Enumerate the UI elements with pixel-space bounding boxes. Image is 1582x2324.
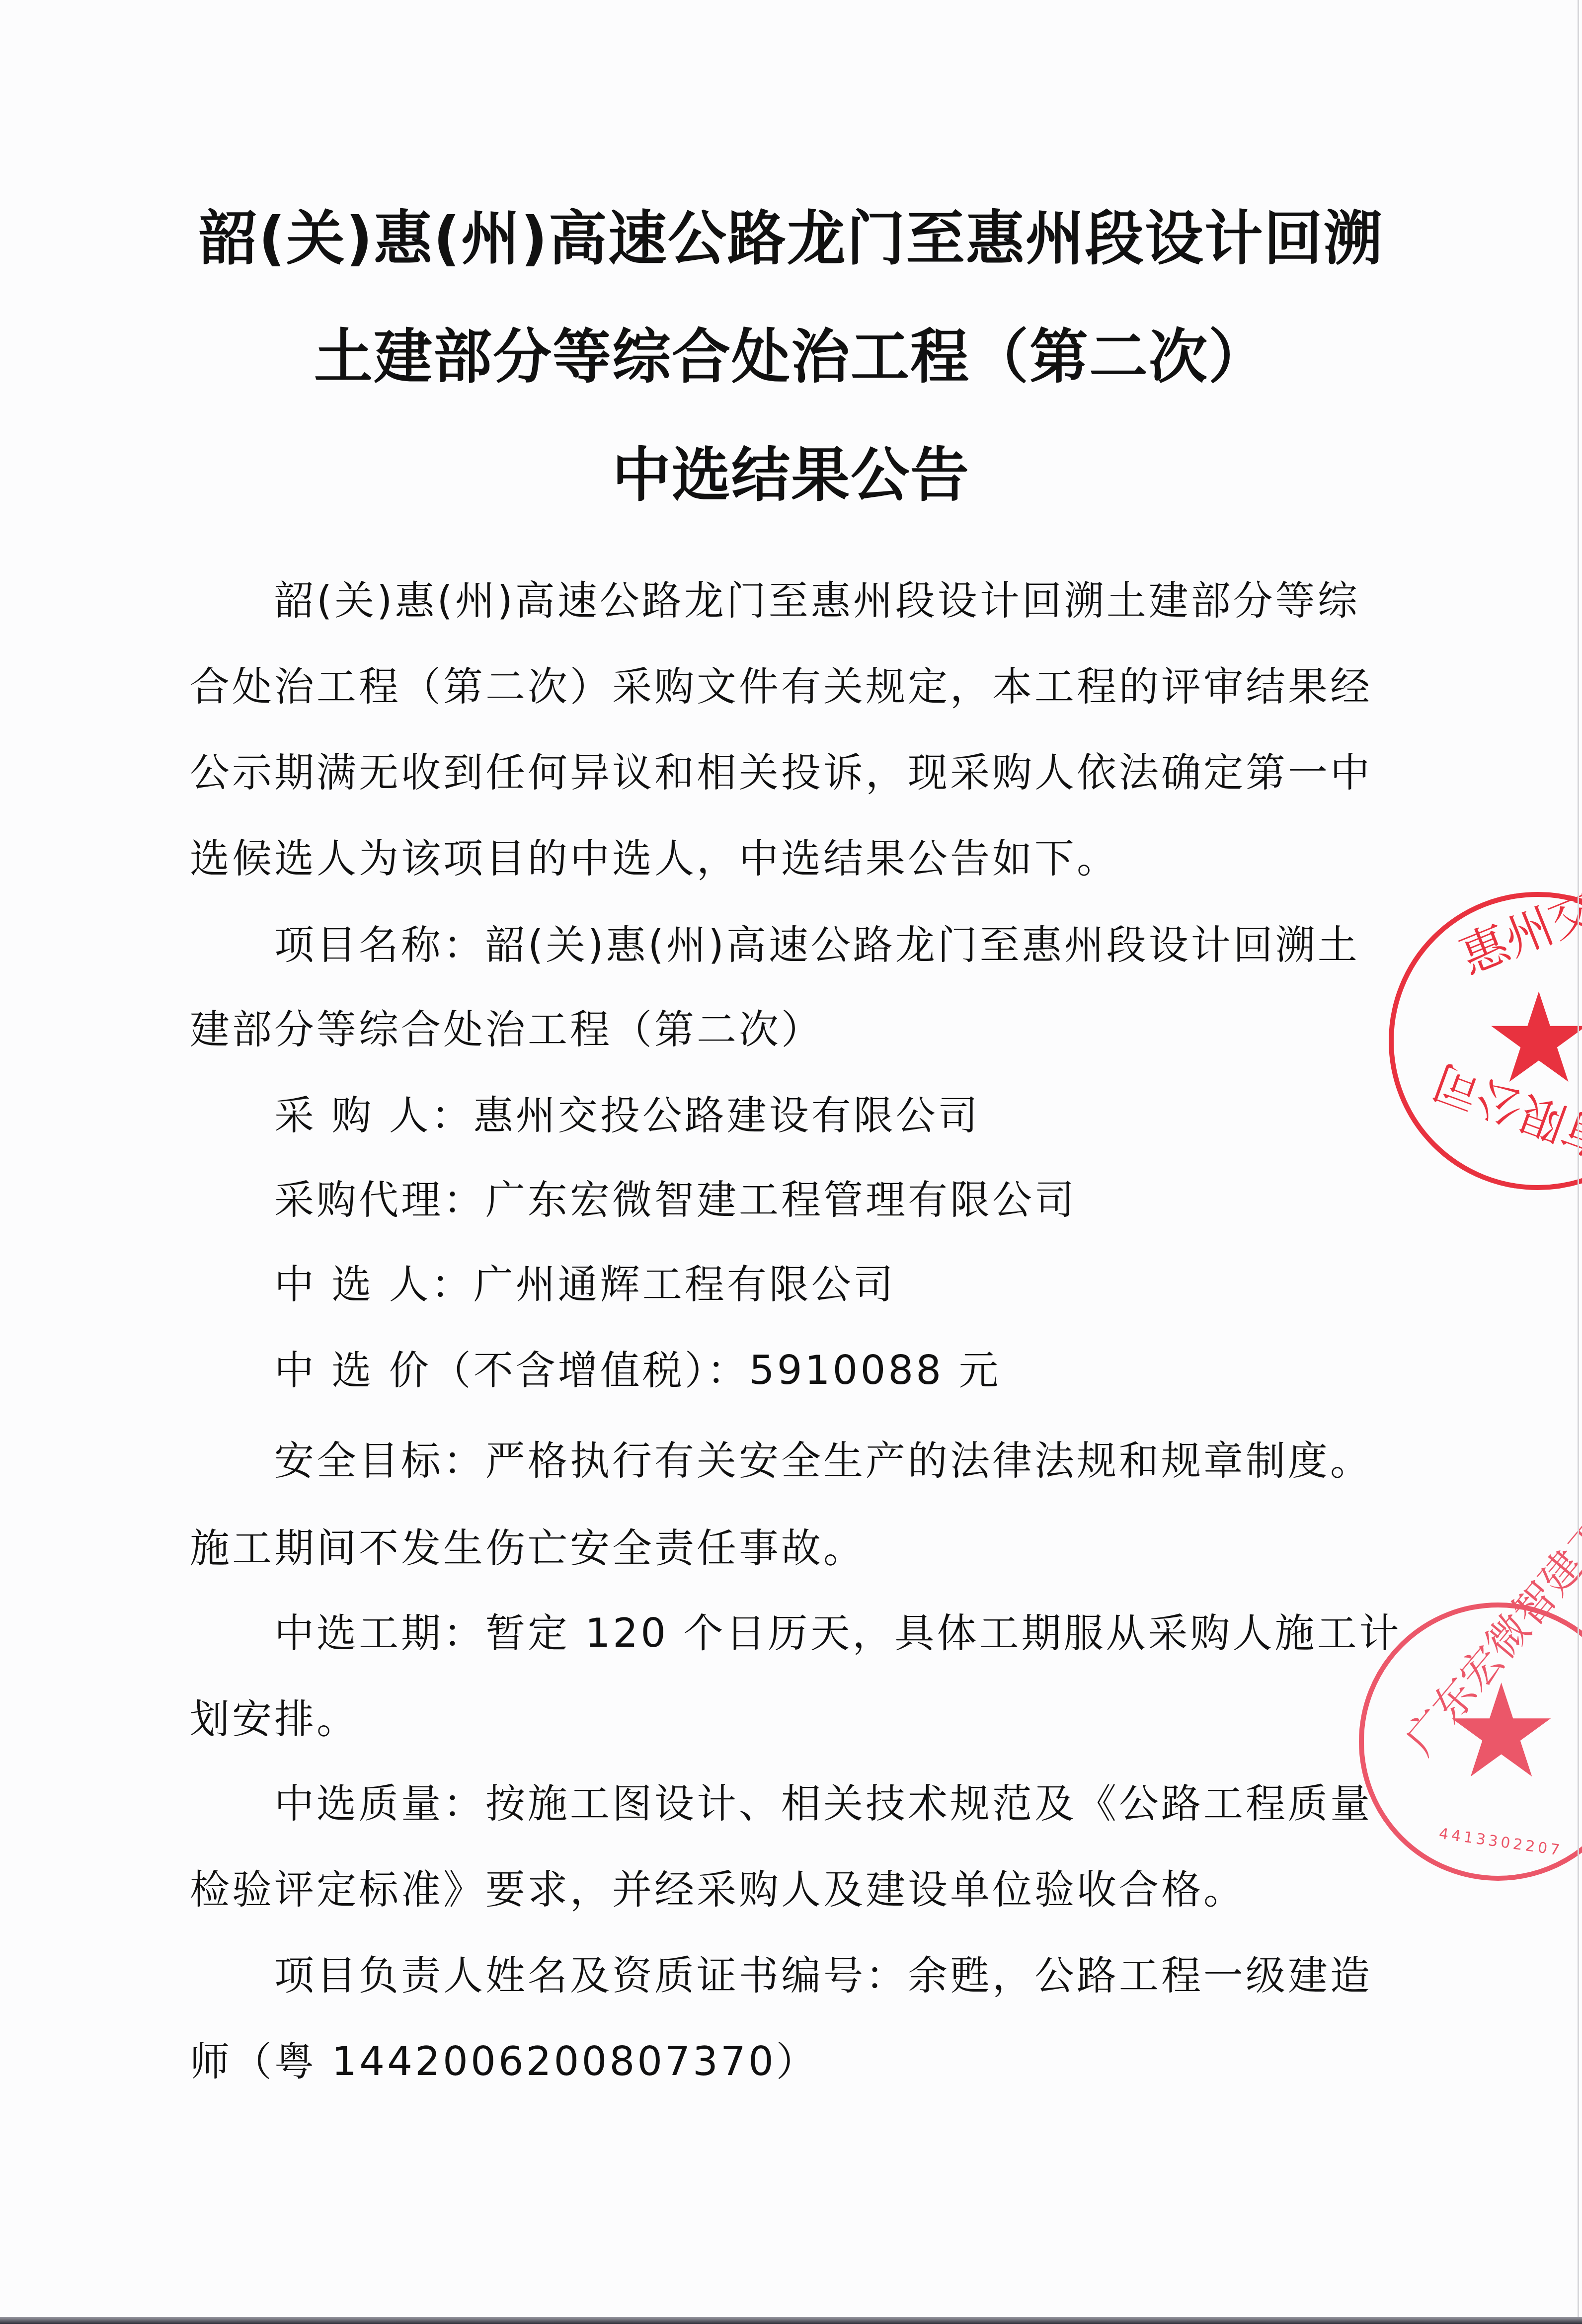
intro-line-1: 韶(关)惠(州)高速公路龙门至惠州段设计回溯土建部分等综 — [274, 573, 1360, 628]
purchaser-seal-stamp: 惠州交 ★ 有限公司 — [1389, 892, 1582, 1190]
project-name-line-1: 项目名称：韶(关)惠(州)高速公路龙门至惠州段设计回溯土 — [274, 918, 1360, 972]
intro-line-2: 合处治工程（第二次）采购文件有关规定，本工程的评审结果经 — [190, 659, 1372, 714]
project-manager-line-2: 师（粤 1442006200807370） — [190, 2034, 818, 2089]
duration-line-2: 划安排。 — [190, 1692, 359, 1747]
intro-line-4: 选候选人为该项目的中选人，中选结果公告如下。 — [190, 831, 1119, 886]
title-line-1: 韶(关)惠(州)高速公路龙门至惠州段设计回溯 — [0, 204, 1582, 273]
purchase-agent-field: 采购代理：广东宏微智建工程管理有限公司 — [274, 1173, 1077, 1227]
safety-goal-line-1: 安全目标：严格执行有关安全生产的法律法规和规章制度。 — [274, 1434, 1372, 1488]
purchaser-field: 采 购 人：惠州交投公路建设有限公司 — [274, 1088, 980, 1143]
title-line-3: 中选结果公告 — [0, 440, 1582, 510]
scan-bottom-edge — [0, 2317, 1582, 2324]
scan-right-edge — [1578, 0, 1579, 2324]
intro-line-3: 公示期满无收到任何异议和相关投诉，现采购人依法确定第一中 — [190, 745, 1372, 800]
project-manager-line-1: 项目负责人姓名及资质证书编号：余甦，公路工程一级建造 — [274, 1948, 1372, 2003]
seal-number-text: 4413302207 — [1438, 1825, 1564, 1860]
title-line-2: 土建部分等综合处治工程（第二次） — [0, 322, 1582, 392]
winning-price-field: 中 选 价（不含增值税）：5910088 元 — [274, 1343, 1001, 1398]
safety-goal-line-2: 施工期间不发生伤亡安全责任事故。 — [190, 1521, 866, 1576]
project-name-line-2: 建部分等综合处治工程（第二次） — [190, 1002, 823, 1057]
quality-line-1: 中选质量：按施工图设计、相关技术规范及《公路工程质量 — [274, 1776, 1372, 1831]
winner-field: 中 选 人：广州通辉工程有限公司 — [274, 1257, 896, 1312]
document-page: 韶(关)惠(州)高速公路龙门至惠州段设计回溯 土建部分等综合处治工程（第二次） … — [0, 0, 1582, 2324]
duration-line-1: 中选工期：暂定 120 个日历天，具体工期服从采购人施工计 — [274, 1606, 1402, 1661]
quality-line-2: 检验评定标准》要求，并经采购人及建设单位验收合格。 — [190, 1862, 1246, 1917]
star-icon: ★ — [1443, 1667, 1559, 1796]
